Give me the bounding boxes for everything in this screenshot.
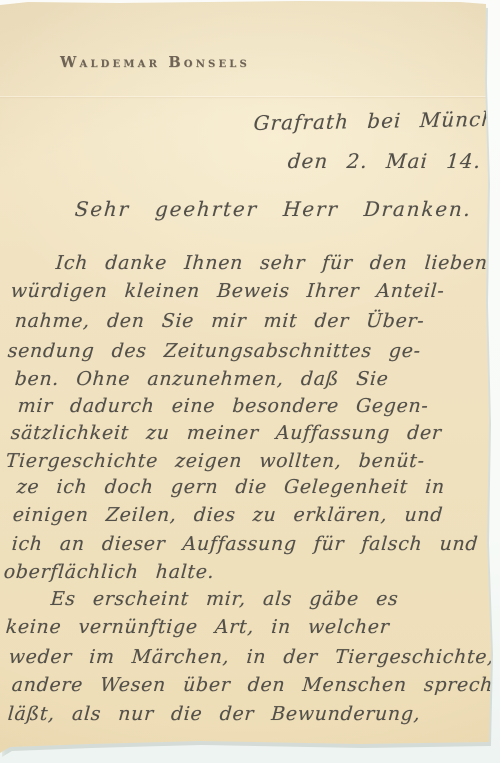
handwritten-line-13: Es erscheint mir, als gäbe es: [50, 588, 399, 610]
handwritten-line-3: nahme, den Sie mir mit der Über-: [14, 310, 425, 332]
paper-crease: [0, 96, 488, 97]
handwritten-line-6: mir dadurch eine besondere Gegen-: [17, 395, 429, 417]
place-date-line-2: den 2. Mai 14.: [287, 149, 482, 173]
handwritten-line-15: weder im Märchen, in der Tiergeschichte,: [8, 646, 495, 668]
handwritten-line-7: sätzlichkeit zu meiner Auffassung der: [10, 422, 442, 444]
salutation-line: Sehr geehrter Herr Dranken.: [74, 197, 473, 221]
handwritten-line-12: oberflächlich halte.: [3, 561, 215, 583]
handwritten-line-5: ben. Ohne anzunehmen, daß Sie: [14, 368, 389, 390]
letter-paper: Waldemar Bonsels Grafrath bei München de…: [0, 0, 500, 763]
handwritten-line-9: ze ich doch gern die Gelegenheit in: [16, 476, 446, 498]
handwritten-line-2: würdigen kleinen Beweis Ihrer Anteil-: [10, 280, 445, 302]
handwritten-line-10: einigen Zeilen, dies zu erklären, und: [12, 504, 444, 526]
place-date-line-1: Grafrath bei München: [253, 106, 500, 135]
handwritten-line-16: andere Wesen über den Menschen sprechen: [11, 674, 500, 696]
handwritten-line-1: Ich danke Ihnen sehr für den liebens-: [55, 252, 500, 274]
handwritten-line-17: läßt, als nur die der Bewunderung,: [7, 703, 421, 725]
handwritten-line-4: sendung des Zeitungsabschnittes ge-: [7, 340, 422, 362]
handwritten-line-11: ich an dieser Auffassung für falsch und: [11, 533, 479, 555]
handwritten-line-8: Tiergeschichte zeigen wollten, benüt-: [5, 450, 425, 472]
letterhead-printed-name: Waldemar Bonsels: [60, 54, 250, 71]
handwritten-line-14: keine vernünftige Art, in welcher: [5, 616, 390, 638]
